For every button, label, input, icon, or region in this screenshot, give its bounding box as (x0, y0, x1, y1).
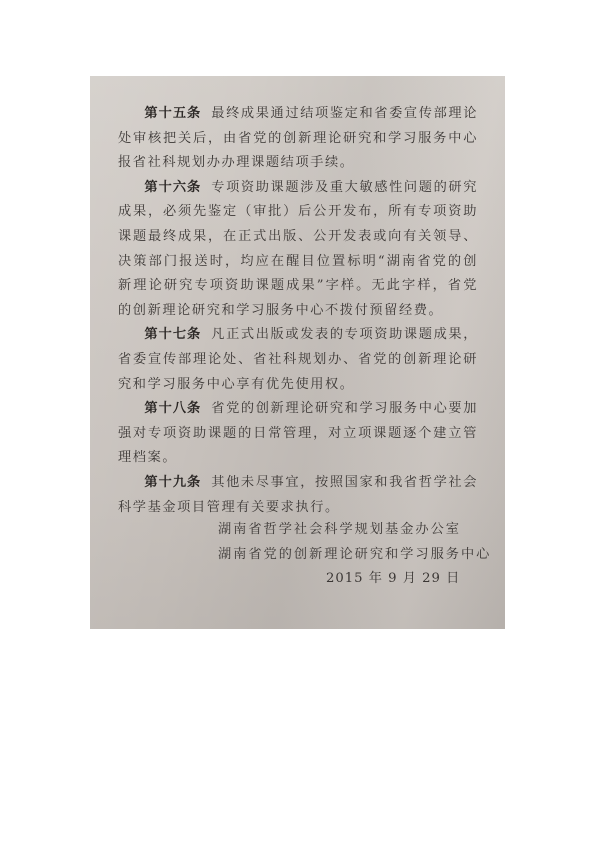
signature-block: 湖南省哲学社会科学规划基金办公室 湖南省党的创新理论研究和学习服务中心 2015… (218, 518, 478, 592)
article-number: 第十七条 (144, 327, 201, 342)
article-number: 第十六条 (144, 180, 201, 195)
article-15: 第十五条最终成果通过结项鉴定和省委宣传部理论处审核把关后，由省党的创新理论研究和… (118, 102, 478, 176)
article-16: 第十六条专项资助课题涉及重大敏感性问题的研究成果，必须先鉴定（审批）后公开发布，… (118, 176, 478, 324)
article-number: 第十五条 (144, 106, 201, 121)
document-photo: 第十五条最终成果通过结项鉴定和省委宣传部理论处审核把关后，由省党的创新理论研究和… (90, 76, 505, 629)
article-number: 第十八条 (144, 401, 201, 416)
article-18: 第十八条省党的创新理论研究和学习服务中心要加强对专项资助课题的日常管理，对立项课… (118, 397, 478, 471)
signature-date: 2015 年 9 月 29 日 (218, 567, 478, 592)
articles-body: 第十五条最终成果通过结项鉴定和省委宣传部理论处审核把关后，由省党的创新理论研究和… (118, 102, 478, 520)
article-17: 第十七条凡正式出版或发表的专项资助课题成果，省委宣传部理论处、省社科规划办、省党… (118, 323, 478, 397)
article-text: 专项资助课题涉及重大敏感性问题的研究成果，必须先鉴定（审批）后公开发布，所有专项… (118, 180, 478, 318)
signature-org-2: 湖南省党的创新理论研究和学习服务中心 (218, 543, 478, 568)
article-number: 第十九条 (144, 475, 201, 490)
article-19: 第十九条其他未尽事宜，按照国家和我省哲学社会科学基金项目管理有关要求执行。 (118, 471, 478, 520)
signature-org-1: 湖南省哲学社会科学规划基金办公室 (218, 518, 478, 543)
